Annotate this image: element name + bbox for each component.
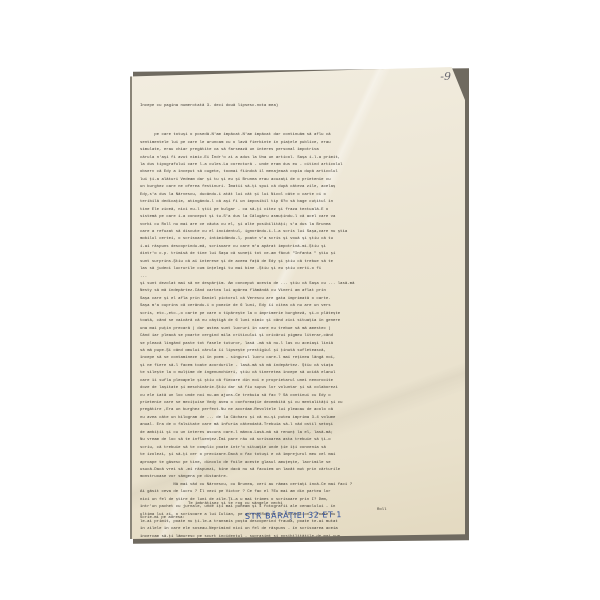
letter-line: care a refuzat să discute cu el incident… xyxy=(140,229,456,236)
letter-line: dintr'o c.p. trimisă de tine lui Saşa că… xyxy=(140,251,456,258)
letter-line: una mai puţin precară ( dar astea sunt l… xyxy=(140,326,456,333)
letter-line: monstruoase vor sângera pe distantre. xyxy=(140,474,456,481)
letter-line: usucă.Dacă vrei să -mi răspunzi, bine da… xyxy=(140,467,456,474)
letter-signoff: Te îmbrăţişez şi te rog cu sângele vechi… xyxy=(140,507,456,533)
letter-line: las să judeci lucrurile cum înţelegi tu … xyxy=(140,266,456,273)
letter-body: Incepe cu pagina numerotată 3- deci două… xyxy=(140,88,456,539)
letter-line: te izolezi, şi să-ţi cer o precizare.Dac… xyxy=(140,452,456,459)
letter-line: un burghez care ne oferea festinuri. Îma… xyxy=(140,184,456,191)
letter-line: sistemă pe care i-a conceput şi tu.S'a d… xyxy=(140,214,456,221)
letter-line: te silеşte la o mulţime de îngenunchieri… xyxy=(140,370,456,377)
letter-line: prietenie care se meciţuise Vedy avea o … xyxy=(140,400,456,407)
letter-line: cu ele iată un loc unde noi nu-am ajuns.… xyxy=(140,393,456,400)
letter-lines: pe care totuşi o posedă.N'am împăcat.N'a… xyxy=(140,132,456,539)
closing-line: Te îmbrăţişez şi te rog cu sângele vechi xyxy=(188,501,283,508)
letter-line: Ai găsit ceva de lucru ? Îl vezi pe Vict… xyxy=(140,489,456,496)
letter-line: teribilă dedicaţie, atingându-l că aşi f… xyxy=(140,199,456,206)
letter-line: aproape te găsesc pe tine, dincolo de fo… xyxy=(140,460,456,467)
letter-line: Nesty să mă îndepărtez.Când cartea lui a… xyxy=(140,288,456,295)
letter-line: Nu vream de loc să te influenţez.Îmi par… xyxy=(140,437,456,444)
letter-line: pregătire ,Era un burghez perfect.Nu ne … xyxy=(140,407,456,414)
letter-line: scriu, că trebuie să te complic poate în… xyxy=(140,445,456,452)
letter-line: doze de laşitate şi meschinărie.Ştiu dar… xyxy=(140,385,456,392)
letter-line: toată, când se vaicără că nu câştigă de … xyxy=(140,318,456,325)
letter-line: Când iar pleacă se poarte cergind mila c… xyxy=(140,333,456,340)
letter-line: Edy,s'a dus la Nărvescu, ducându-i atât … xyxy=(140,192,456,199)
letter-line: Nă mai văd cu Nărvescu, cu Brunea, ceri … xyxy=(140,482,456,489)
letter-line: lui ţi-a alături Vedeam dar şi tu şi eu … xyxy=(140,177,456,184)
letter-line: simulate, erau chiar pregătite ca să far… xyxy=(140,147,456,154)
letter-line: începe să se contamineze şi în poem - si… xyxy=(140,355,456,362)
letter-line: Saşa m'a cuprins că cerându-i o poezie d… xyxy=(140,303,456,310)
letter-line: anual. Era de o falsitate care mă înfuri… xyxy=(140,422,456,429)
letter-line: Saşa care şi el afla prin Daniel pictoru… xyxy=(140,296,456,303)
typewritten-letter-page: -9 Incepe cu pagina numerotată 3- deci d… xyxy=(130,67,465,539)
address-label: Scrie-mi pe adresa: xyxy=(140,515,185,522)
handwritten-page-number: -9 xyxy=(440,70,451,83)
letter-line: se pleacă lingând paste tot fasele tutur… xyxy=(140,341,456,348)
letter-line: i-ai răspuns descoprindu-mă, scrisoare c… xyxy=(140,244,456,251)
letter-line: sentimentele lui pe care le aruncam cu o… xyxy=(140,140,456,147)
letter-line: care îi sufla pleoapele şi ştiu că fieca… xyxy=(140,378,456,385)
letter-line: și sunt dezolat mai să ne despărţim. Am … xyxy=(140,281,456,288)
letter-line: sunt surprins.Ştiu că ai interese şi de … xyxy=(140,259,456,266)
letter-line: nu avea câte un bilogram de ... de la Că… xyxy=(140,415,456,422)
letter-line: vorbi cu Roll nu mai are ce căuta cu el,… xyxy=(140,222,456,229)
letter-line: ... xyxy=(140,274,456,281)
letter-line: şi ne fiere să-l facem toate acordurile … xyxy=(140,363,456,370)
letter-line: observ că Edy a început să cugete, tocma… xyxy=(140,169,456,176)
letter-line: tine Ele ziceă, nici nu-l ştii pe bulgar… xyxy=(140,207,456,214)
handwritten-address: STR BĂRĂŢIEI 32 ET 1 xyxy=(245,511,342,520)
letter-line: de ambiţii şi cu un interes ascuns care-… xyxy=(140,430,456,437)
letter-line: cărula n'aşi fi avut nimic.Ei Îndr'o zi … xyxy=(140,155,456,162)
letter-line: mobilul certei, o scrisoare, intimidându… xyxy=(140,236,456,243)
letter-line: scris, etc.,etc.,o carte pe care o tipăr… xyxy=(140,311,456,318)
letter-line: să mă pupe.Şi când omului cărula îi lips… xyxy=(140,348,456,355)
letter-line: la dus tipografului care l-a cules.La co… xyxy=(140,162,456,169)
letter-line: pe care totuşi o posedă.N'am împăcat.N'a… xyxy=(140,132,456,139)
signature: Roll xyxy=(377,507,386,514)
letter-heading-note: Incepe cu pagina numerotată 3- deci două… xyxy=(140,103,456,110)
